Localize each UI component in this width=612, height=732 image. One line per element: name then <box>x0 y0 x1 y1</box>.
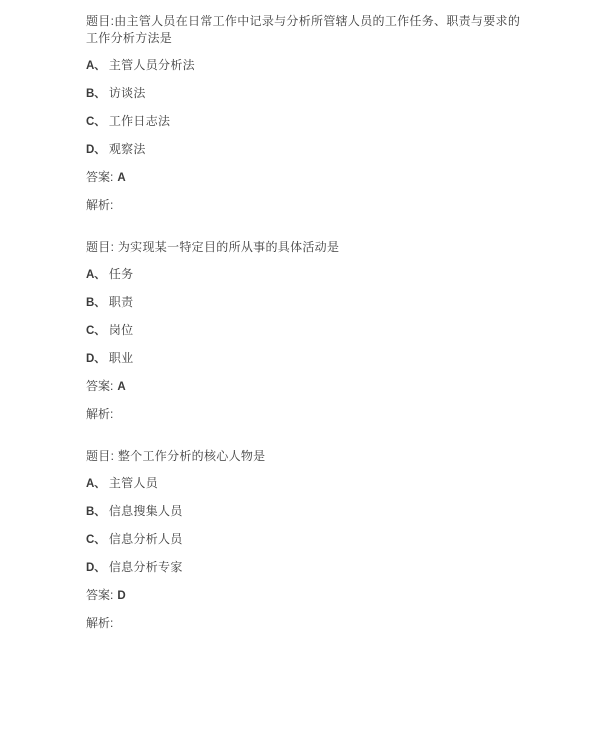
answer-line: 答案:A <box>86 378 526 396</box>
option-text: 岗位 <box>109 323 134 337</box>
question-block-3: 题目: 整个工作分析的核心人物是 A、主管人员 B、信息搜集人员 C、信息分析人… <box>86 448 526 632</box>
option-letter: B、 <box>86 506 106 518</box>
option-c: C、工作日志法 <box>86 113 526 131</box>
question-title: 题目:由主管人员在日常工作中记录与分析所管辖人员的工作任务、职责与要求的工作分析… <box>86 13 526 47</box>
option-letter: D、 <box>86 562 106 574</box>
option-a: A、主管人员分析法 <box>86 57 526 75</box>
option-a: A、主管人员 <box>86 475 526 493</box>
option-text: 职责 <box>109 295 134 309</box>
option-text: 任务 <box>109 267 134 281</box>
analysis-line: 解析: <box>86 406 526 423</box>
option-b: B、职责 <box>86 294 526 312</box>
answer-label: 答案: <box>86 170 113 184</box>
option-letter: C、 <box>86 325 106 337</box>
option-letter: A、 <box>86 269 106 281</box>
option-b: B、访谈法 <box>86 85 526 103</box>
option-letter: D、 <box>86 144 106 156</box>
option-text: 主管人员分析法 <box>109 58 195 72</box>
answer-value: A <box>117 172 125 184</box>
option-letter: B、 <box>86 88 106 100</box>
question-block-1: 题目:由主管人员在日常工作中记录与分析所管辖人员的工作任务、职责与要求的工作分析… <box>86 13 526 214</box>
option-letter: C、 <box>86 116 106 128</box>
answer-value: D <box>117 590 125 602</box>
option-c: C、信息分析人员 <box>86 531 526 549</box>
document-page: 题目:由主管人员在日常工作中记录与分析所管辖人员的工作任务、职责与要求的工作分析… <box>0 0 612 732</box>
option-text: 访谈法 <box>109 86 146 100</box>
question-title: 题目: 整个工作分析的核心人物是 <box>86 448 526 465</box>
option-text: 工作日志法 <box>109 114 171 128</box>
analysis-line: 解析: <box>86 615 526 632</box>
answer-line: 答案:A <box>86 169 526 187</box>
option-text: 观察法 <box>109 142 146 156</box>
answer-value: A <box>117 381 125 393</box>
answer-label: 答案: <box>86 379 113 393</box>
answer-line: 答案:D <box>86 587 526 605</box>
option-letter: A、 <box>86 478 106 490</box>
analysis-line: 解析: <box>86 197 526 214</box>
option-d: D、信息分析专家 <box>86 559 526 577</box>
option-letter: C、 <box>86 534 106 546</box>
option-text: 职业 <box>109 351 134 365</box>
analysis-label: 解析: <box>86 616 113 630</box>
option-text: 信息搜集人员 <box>109 504 183 518</box>
option-d: D、观察法 <box>86 141 526 159</box>
option-text: 信息分析专家 <box>109 560 183 574</box>
analysis-label: 解析: <box>86 407 113 421</box>
option-b: B、信息搜集人员 <box>86 503 526 521</box>
option-d: D、职业 <box>86 350 526 368</box>
option-c: C、岗位 <box>86 322 526 340</box>
option-letter: A、 <box>86 60 106 72</box>
answer-label: 答案: <box>86 588 113 602</box>
option-letter: D、 <box>86 353 106 365</box>
option-text: 信息分析人员 <box>109 532 183 546</box>
option-text: 主管人员 <box>109 476 158 490</box>
option-a: A、任务 <box>86 266 526 284</box>
option-letter: B、 <box>86 297 106 309</box>
question-title: 题目: 为实现某一特定目的所从事的具体活动是 <box>86 239 526 256</box>
question-block-2: 题目: 为实现某一特定目的所从事的具体活动是 A、任务 B、职责 C、岗位 D、… <box>86 239 526 423</box>
analysis-label: 解析: <box>86 198 113 212</box>
